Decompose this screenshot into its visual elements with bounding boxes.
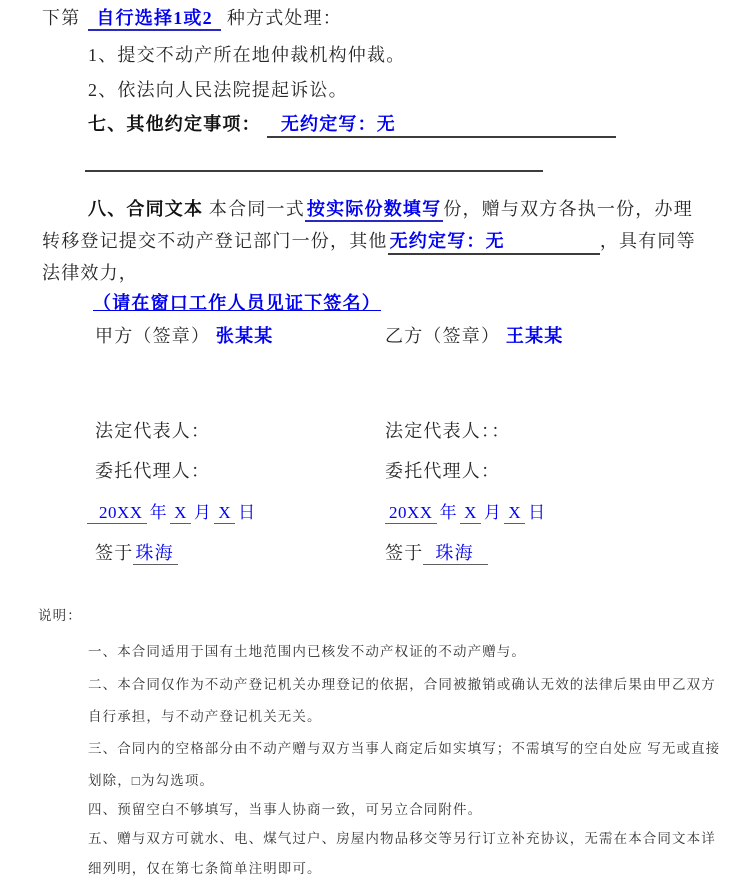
litigation-option: 2、依法向人民法院提起诉讼。: [88, 78, 348, 102]
note-line-1: 一、本合同适用于国有土地范围内已核发不动产权证的不动产赠与。: [88, 640, 526, 664]
dispute-choice-value: 自行选择1或2: [88, 8, 220, 31]
date-b-month: X: [460, 503, 481, 524]
party-b-name: 王某某: [506, 326, 564, 346]
party-signature-row: 甲方（签章） 张某某 乙方（签章） 王某某: [0, 322, 744, 348]
date-b-year-unit: 年: [440, 503, 458, 522]
note-line-3-cont: 划除，□为勾选项。: [88, 769, 214, 793]
sign-at-a: 签于珠海: [95, 539, 178, 565]
date-b-month-unit: 月: [484, 503, 502, 522]
section8-line2: 转移登记提交不动产登记部门一份，其他无约定写：无，具有同等: [42, 229, 696, 253]
sign-at-b-label: 签于: [385, 543, 423, 563]
note-line-5: 五、赠与双方可就水、电、煤气过户、房屋内物品移交等另行订立补充协议，无需在本合同…: [88, 827, 716, 851]
sign-at-row: 签于珠海 签于珠海: [0, 539, 744, 565]
copies-fill-value: 按实际份数填写: [305, 199, 443, 222]
section8-line1: 八、合同文本 本合同一式按实际份数填写份，赠与双方各执一份，办理: [88, 197, 693, 221]
sign-at-a-place: 珠海: [133, 543, 177, 565]
section8-line3: 法律效力，: [42, 261, 138, 285]
intro-post-text: 种方式处理：: [227, 8, 342, 28]
contract-page: 下第自行选择1或2种方式处理： 1、提交不动产所在地仲裁机构仲裁。 2、依法向人…: [0, 0, 744, 886]
dispute-intro-line: 下第自行选择1或2种方式处理：: [42, 6, 342, 30]
legal-rep-row: 法定代表人： 法定代表人：：: [0, 417, 744, 443]
legal-rep-b-label: 法定代表人：：: [385, 417, 510, 443]
section7-line: 七、其他约定事项：无约定写：无: [88, 112, 616, 136]
party-b-label: 乙方（签章）: [385, 326, 500, 346]
note-line-5-cont: 细列明，仅在第七条简单注明即可。: [88, 857, 322, 881]
agent-a-label: 委托代理人：: [95, 457, 210, 483]
date-b-day: X: [504, 503, 525, 524]
sign-at-b-place: 珠海: [423, 543, 487, 565]
agent-row: 委托代理人： 委托代理人：: [0, 457, 744, 483]
section8-line2-text1: 转移登记提交不动产登记部门一份，其他: [42, 231, 388, 251]
party-b-cell: 乙方（签章） 王某某: [385, 322, 564, 348]
legal-rep-a-label: 法定代表人：: [95, 417, 210, 443]
date-row: 20XX年X月X日 20XX年X月X日: [0, 498, 744, 524]
intro-pre-text: 下第: [42, 8, 80, 28]
section7-blank-line: [85, 150, 543, 172]
note-line-2-cont: 自行承担，与不动产登记机关无关。: [88, 705, 322, 729]
party-a-cell: 甲方（签章） 张某某: [95, 322, 274, 348]
party-a-name: 张某某: [216, 326, 274, 346]
date-a-day-unit: 日: [238, 503, 256, 522]
date-a-day: X: [214, 503, 235, 524]
section8-line1-text1: 本合同一式: [209, 199, 305, 219]
section8-line2-text2: ，具有同等: [600, 231, 696, 251]
agent-b-label: 委托代理人：: [385, 457, 500, 483]
note-line-2: 二、本合同仅作为不动产登记机关办理登记的依据，合同被撤销或确认无效的法律后果由甲…: [88, 673, 716, 697]
other-copies-fill-value: 无约定写：无: [388, 231, 600, 255]
arbitration-option: 1、提交不动产所在地仲裁机构仲裁。: [88, 43, 405, 67]
section7-heading: 七、其他约定事项：: [88, 114, 261, 134]
section8-line1-text2: 份，赠与双方各执一份，办理: [443, 199, 693, 219]
date-b-day-unit: 日: [528, 503, 546, 522]
section8-heading: 八、合同文本: [88, 199, 203, 219]
sign-at-a-label: 签于: [95, 543, 133, 563]
date-a-year-unit: 年: [150, 503, 168, 522]
sign-at-b: 签于珠海: [385, 539, 488, 565]
date-b: 20XX年X月X日: [385, 498, 549, 523]
date-a-year: 20XX: [87, 503, 147, 524]
date-a-month-unit: 月: [194, 503, 212, 522]
section7-fill-value: 无约定写：无: [267, 114, 616, 138]
date-b-year: 20XX: [385, 503, 437, 524]
date-a-month: X: [170, 503, 191, 524]
date-a: 20XX年X月X日: [87, 498, 259, 523]
note-line-4: 四、预留空白不够填写，当事人协商一致，可另立合同附件。: [88, 798, 482, 822]
party-a-label: 甲方（签章）: [95, 326, 210, 346]
note-line-3: 三、合同内的空格部分由不动产赠与双方当事人商定后如实填写；不需填写的空白处应 写…: [88, 737, 720, 761]
witness-note: （请在窗口工作人员见证下签名）: [93, 291, 381, 315]
notes-title: 说明：: [38, 604, 82, 628]
